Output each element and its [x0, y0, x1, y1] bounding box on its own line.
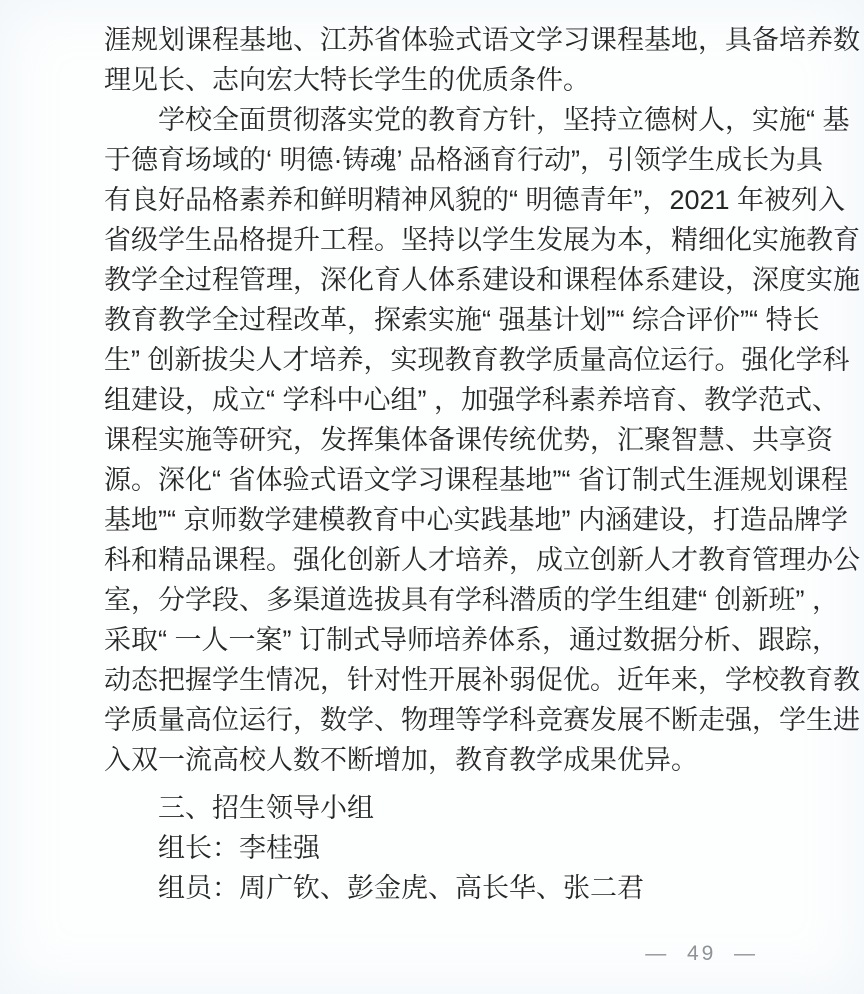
document-page: 涯规划课程基地、江苏省体验式语文学习课程基地，具备培养数 理见长、志向宏大特长学…: [0, 0, 864, 994]
text-line: 理见长、志向宏大特长学生的优质条件。: [104, 60, 760, 100]
page-number: — 49 —: [645, 942, 758, 966]
section-heading-line: 三、招生领导小组: [104, 788, 760, 828]
text-line: 动态把握学生情况，针对性开展补弱促优。近年来，学校教育教: [104, 660, 760, 700]
leader-line: 组长：李桂强: [104, 828, 760, 868]
text-line: 省级学生品格提升工程。坚持以学生发展为本，精细化实施教育: [104, 220, 760, 260]
text-line: 有良好品格素养和鲜明精神风貌的“ 明德青年”，2021 年被列入: [104, 180, 760, 220]
text-line: 科和精品课程。强化创新人才培养，成立创新人才教育管理办公: [104, 540, 760, 580]
text-line: 于德育场域的‘ 明德·铸魂’ 品格涵育行动”，引领学生成长为具: [104, 140, 760, 180]
body-text: 涯规划课程基地、江苏省体验式语文学习课程基地，具备培养数 理见长、志向宏大特长学…: [104, 20, 760, 908]
text-line: 室，分学段、多渠道选拔具有学科潜质的学生组建“ 创新班” ，: [104, 580, 760, 620]
text-line: 基地”“ 京师数学建模教育中心实践基地” 内涵建设，打造品牌学: [104, 500, 760, 540]
text-line: 涯规划课程基地、江苏省体验式语文学习课程基地，具备培养数: [104, 20, 760, 60]
text-line: 采取“ 一人一案” 订制式导师培养体系，通过数据分析、跟踪，: [104, 620, 760, 660]
text-line: 教学全过程管理，深化育人体系建设和课程体系建设，深度实施: [104, 260, 760, 300]
text-line: 入双一流高校人数不断增加，教育教学成果优异。: [104, 740, 760, 780]
text-line: 源。深化“ 省体验式语文学习课程基地”“ 省订制式生涯规划课程: [104, 460, 760, 500]
text-line: 学质量高位运行，数学、物理等学科竞赛发展不断走强，学生进: [104, 700, 760, 740]
text-line: 课程实施等研究，发挥集体备课传统优势，汇聚智慧、共享资: [104, 420, 760, 460]
members-line: 组员：周广钦、彭金虎、高长华、张二君: [104, 868, 760, 908]
text-line: 组建设，成立“ 学科中心组” ，加强学科素养培育、教学范式、: [104, 380, 760, 420]
text-line: 教育教学全过程改革，探索实施“ 强基计划”“ 综合评价”“ 特长: [104, 300, 760, 340]
paragraph-start-line: 学校全面贯彻落实党的教育方针，坚持立德树人，实施“ 基: [104, 100, 760, 140]
text-line: 生” 创新拔尖人才培养，实现教育教学质量高位运行。强化学科: [104, 340, 760, 380]
